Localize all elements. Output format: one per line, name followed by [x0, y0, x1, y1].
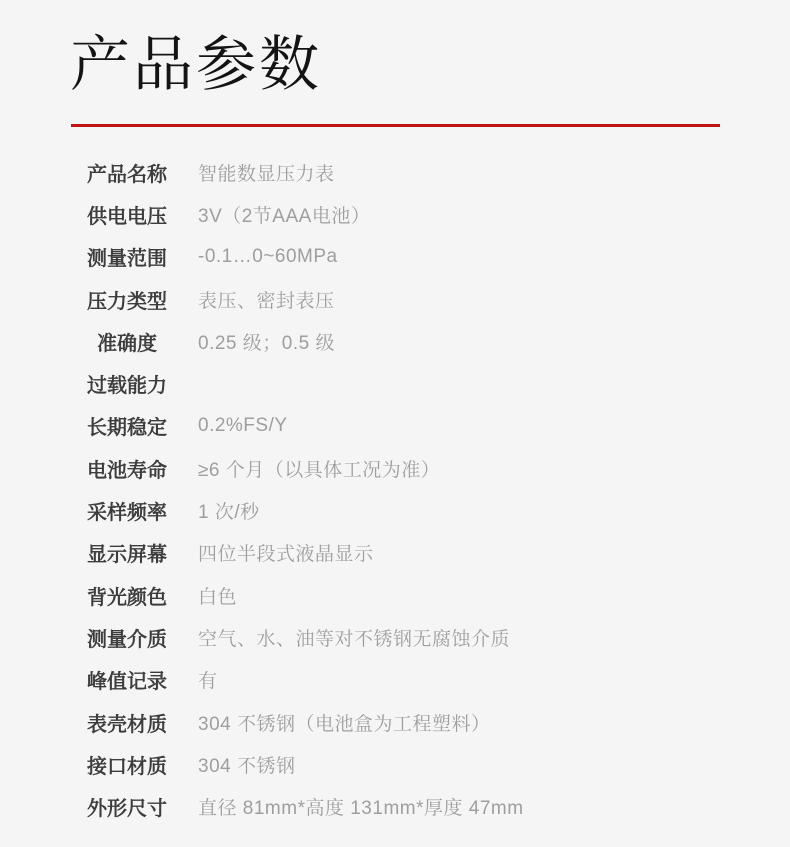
spec-value: 1 次/秒	[198, 497, 260, 524]
spec-row: 压力类型 表压、密封表压	[0, 278, 790, 320]
spec-label: 电池寿命	[85, 454, 169, 483]
spec-label: 表壳材质	[85, 708, 169, 737]
spec-label: 长期稳定	[85, 411, 169, 440]
spec-value: 白色	[198, 582, 237, 609]
spec-value: 0.25 级；0.5 级	[198, 328, 335, 355]
spec-label: 背光颜色	[85, 581, 169, 610]
spec-value: 空气、水、油等对不锈钢无腐蚀介质	[198, 624, 510, 651]
product-parameters-section: 产品参数 产品名称 智能数显压力表 供电电压 3V（2节AAA电池） 测量范围 …	[0, 0, 790, 847]
spec-row: 供电电压 3V（2节AAA电池）	[0, 193, 790, 235]
spec-label: 测量范围	[85, 242, 169, 271]
spec-row: 过载能力	[0, 362, 790, 404]
spec-label: 显示屏幕	[85, 538, 169, 567]
spec-row: 采样频率 1 次/秒	[0, 489, 790, 531]
spec-row: 表壳材质 304 不锈钢（电池盒为工程塑料）	[0, 701, 790, 743]
spec-label: 供电电压	[85, 200, 169, 229]
spec-label: 过载能力	[85, 369, 169, 398]
spec-value: 3V（2节AAA电池）	[198, 201, 370, 228]
spec-value: 四位半段式液晶显示	[198, 539, 374, 566]
spec-value: 304 不锈钢	[198, 751, 295, 778]
spec-row: 测量范围 -0.1…0~60MPa	[0, 236, 790, 278]
spec-value: ≥6 个月（以具体工况为准）	[198, 455, 440, 482]
spec-label: 接口材质	[85, 750, 169, 779]
spec-label: 峰值记录	[85, 665, 169, 694]
spec-row: 测量介质 空气、水、油等对不锈钢无腐蚀介质	[0, 616, 790, 658]
spec-value: 304 不锈钢（电池盒为工程塑料）	[198, 709, 490, 736]
spec-row: 产品名称 智能数显压力表	[0, 151, 790, 193]
spec-row: 外形尺寸 直径 81mm*高度 131mm*厚度 47mm	[0, 785, 790, 827]
spec-label: 采样频率	[85, 496, 169, 525]
spec-label: 准确度	[85, 327, 169, 356]
spec-list: 产品名称 智能数显压力表 供电电压 3V（2节AAA电池） 测量范围 -0.1……	[0, 151, 790, 828]
spec-row: 电池寿命 ≥6 个月（以具体工况为准）	[0, 447, 790, 489]
spec-row: 显示屏幕 四位半段式液晶显示	[0, 532, 790, 574]
spec-value: 智能数显压力表	[198, 159, 335, 186]
spec-value: 0.2%FS/Y	[198, 415, 288, 437]
spec-row: 长期稳定 0.2%FS/Y	[0, 405, 790, 447]
spec-value: 直径 81mm*高度 131mm*厚度 47mm	[198, 793, 524, 820]
spec-row: 背光颜色 白色	[0, 574, 790, 616]
spec-value: 有	[198, 666, 218, 693]
spec-value: -0.1…0~60MPa	[198, 246, 338, 268]
spec-label: 外形尺寸	[85, 792, 169, 821]
spec-row: 准确度 0.25 级；0.5 级	[0, 320, 790, 362]
page-title: 产品参数	[70, 30, 322, 99]
spec-label: 测量介质	[85, 623, 169, 652]
spec-row: 峰值记录 有	[0, 659, 790, 701]
title-underline	[71, 124, 720, 127]
spec-label: 压力类型	[85, 285, 169, 314]
spec-value: 表压、密封表压	[198, 286, 335, 313]
spec-row: 接口材质 304 不锈钢	[0, 743, 790, 785]
spec-label: 产品名称	[85, 158, 169, 187]
